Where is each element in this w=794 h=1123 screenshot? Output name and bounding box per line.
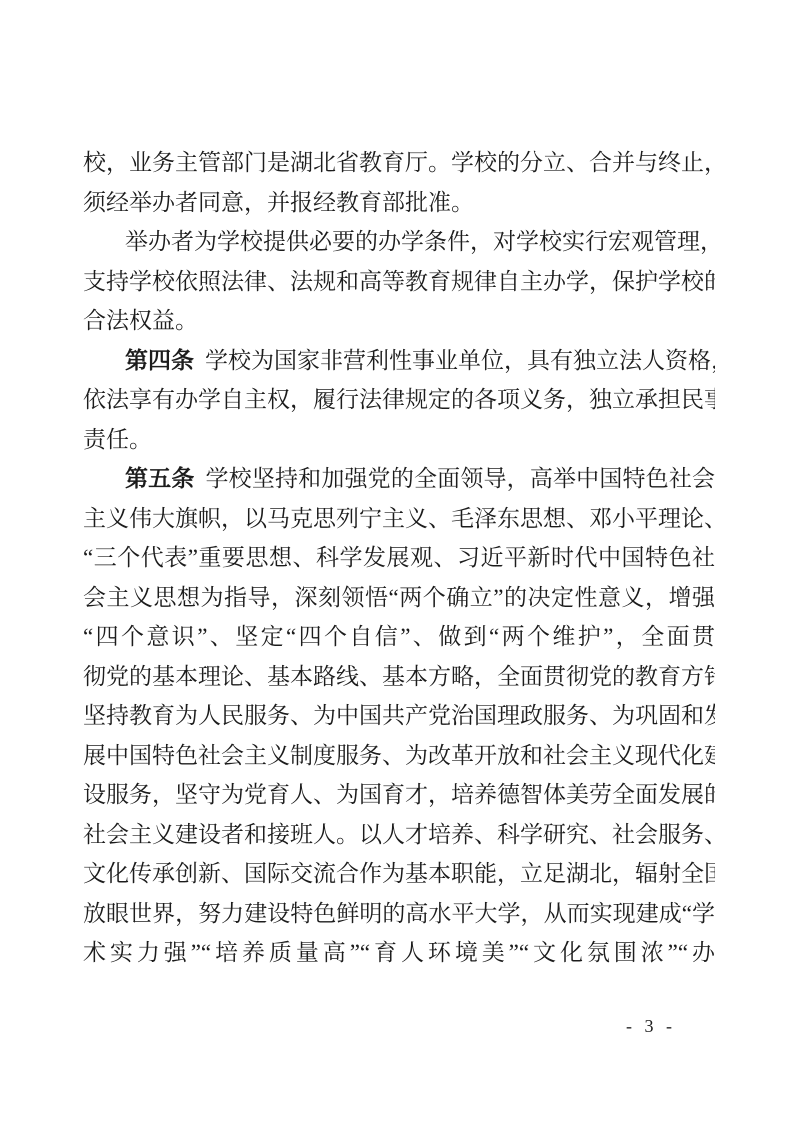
text-line: 社会主义建设者和接班人。以人才培养、科学研究、社会服务、 xyxy=(83,815,715,855)
text-line: 设服务，坚守为党育人、为国育才，培养德智体美劳全面发展的 xyxy=(83,775,715,815)
document-body: 校，业务主管部门是湖北省教育厅。学校的分立、合并与终止， 须经举办者同意，并报经… xyxy=(83,143,715,973)
text-line: 文化传承创新、国际交流合作为基本职能，立足湖北，辐射全国， xyxy=(83,854,715,894)
article-4-label: 第四条 xyxy=(125,348,194,373)
page-number: - 3 - xyxy=(616,1014,686,1038)
text-line: 主义伟大旗帜，以马克思列宁主义、毛泽东思想、邓小平理论、 xyxy=(83,499,715,539)
text-line: “三个代表”重要思想、科学发展观、习近平新时代中国特色社 xyxy=(83,538,715,578)
text-line: 校，业务主管部门是湖北省教育厅。学校的分立、合并与终止， xyxy=(83,143,715,183)
text-line: 会主义思想为指导，深刻领悟“两个确立”的决定性意义，增强 xyxy=(83,578,715,618)
text-line: 责任。 xyxy=(83,420,715,460)
text-line: 举办者为学校提供必要的办学条件，对学校实行宏观管理， xyxy=(83,222,715,262)
text-line: 第四条学校为国家非营利性事业单位，具有独立法人资格， xyxy=(83,341,715,381)
text-line: 合法权益。 xyxy=(83,301,715,341)
document-page: 校，业务主管部门是湖北省教育厅。学校的分立、合并与终止， 须经举办者同意，并报经… xyxy=(0,0,794,1123)
article-5-label: 第五条 xyxy=(125,466,195,491)
text-line: “四个意识”、坚定“四个自信”、做到“两个维护”，全面贯 xyxy=(83,617,715,657)
text-line: 依法享有办学自主权，履行法律规定的各项义务，独立承担民事 xyxy=(83,380,715,420)
text-line: 坚持教育为人民服务、为中国共产党治国理政服务、为巩固和发 xyxy=(83,696,715,736)
text-run: 学校为国家非营利性事业单位，具有独立法人资格， xyxy=(205,348,715,373)
text-run: 学校坚持和加强党的全面领导，高举中国特色社会 xyxy=(206,466,716,491)
text-line: 支持学校依照法律、法规和高等教育规律自主办学，保护学校的 xyxy=(83,262,715,302)
text-line: 展中国特色社会主义制度服务、为改革开放和社会主义现代化建 xyxy=(83,736,715,776)
text-line: 第五条学校坚持和加强党的全面领导，高举中国特色社会 xyxy=(83,459,715,499)
text-line: 放眼世界，努力建设特色鲜明的高水平大学，从而实现建成“学 xyxy=(83,894,715,934)
text-line: 须经举办者同意，并报经教育部批准。 xyxy=(83,183,715,223)
text-line: 彻党的基本理论、基本路线、基本方略，全面贯彻党的教育方针， xyxy=(83,657,715,697)
text-line: 术实力强”“培养质量高”“育人环境美”“文化氛围浓”“办 xyxy=(83,933,715,973)
